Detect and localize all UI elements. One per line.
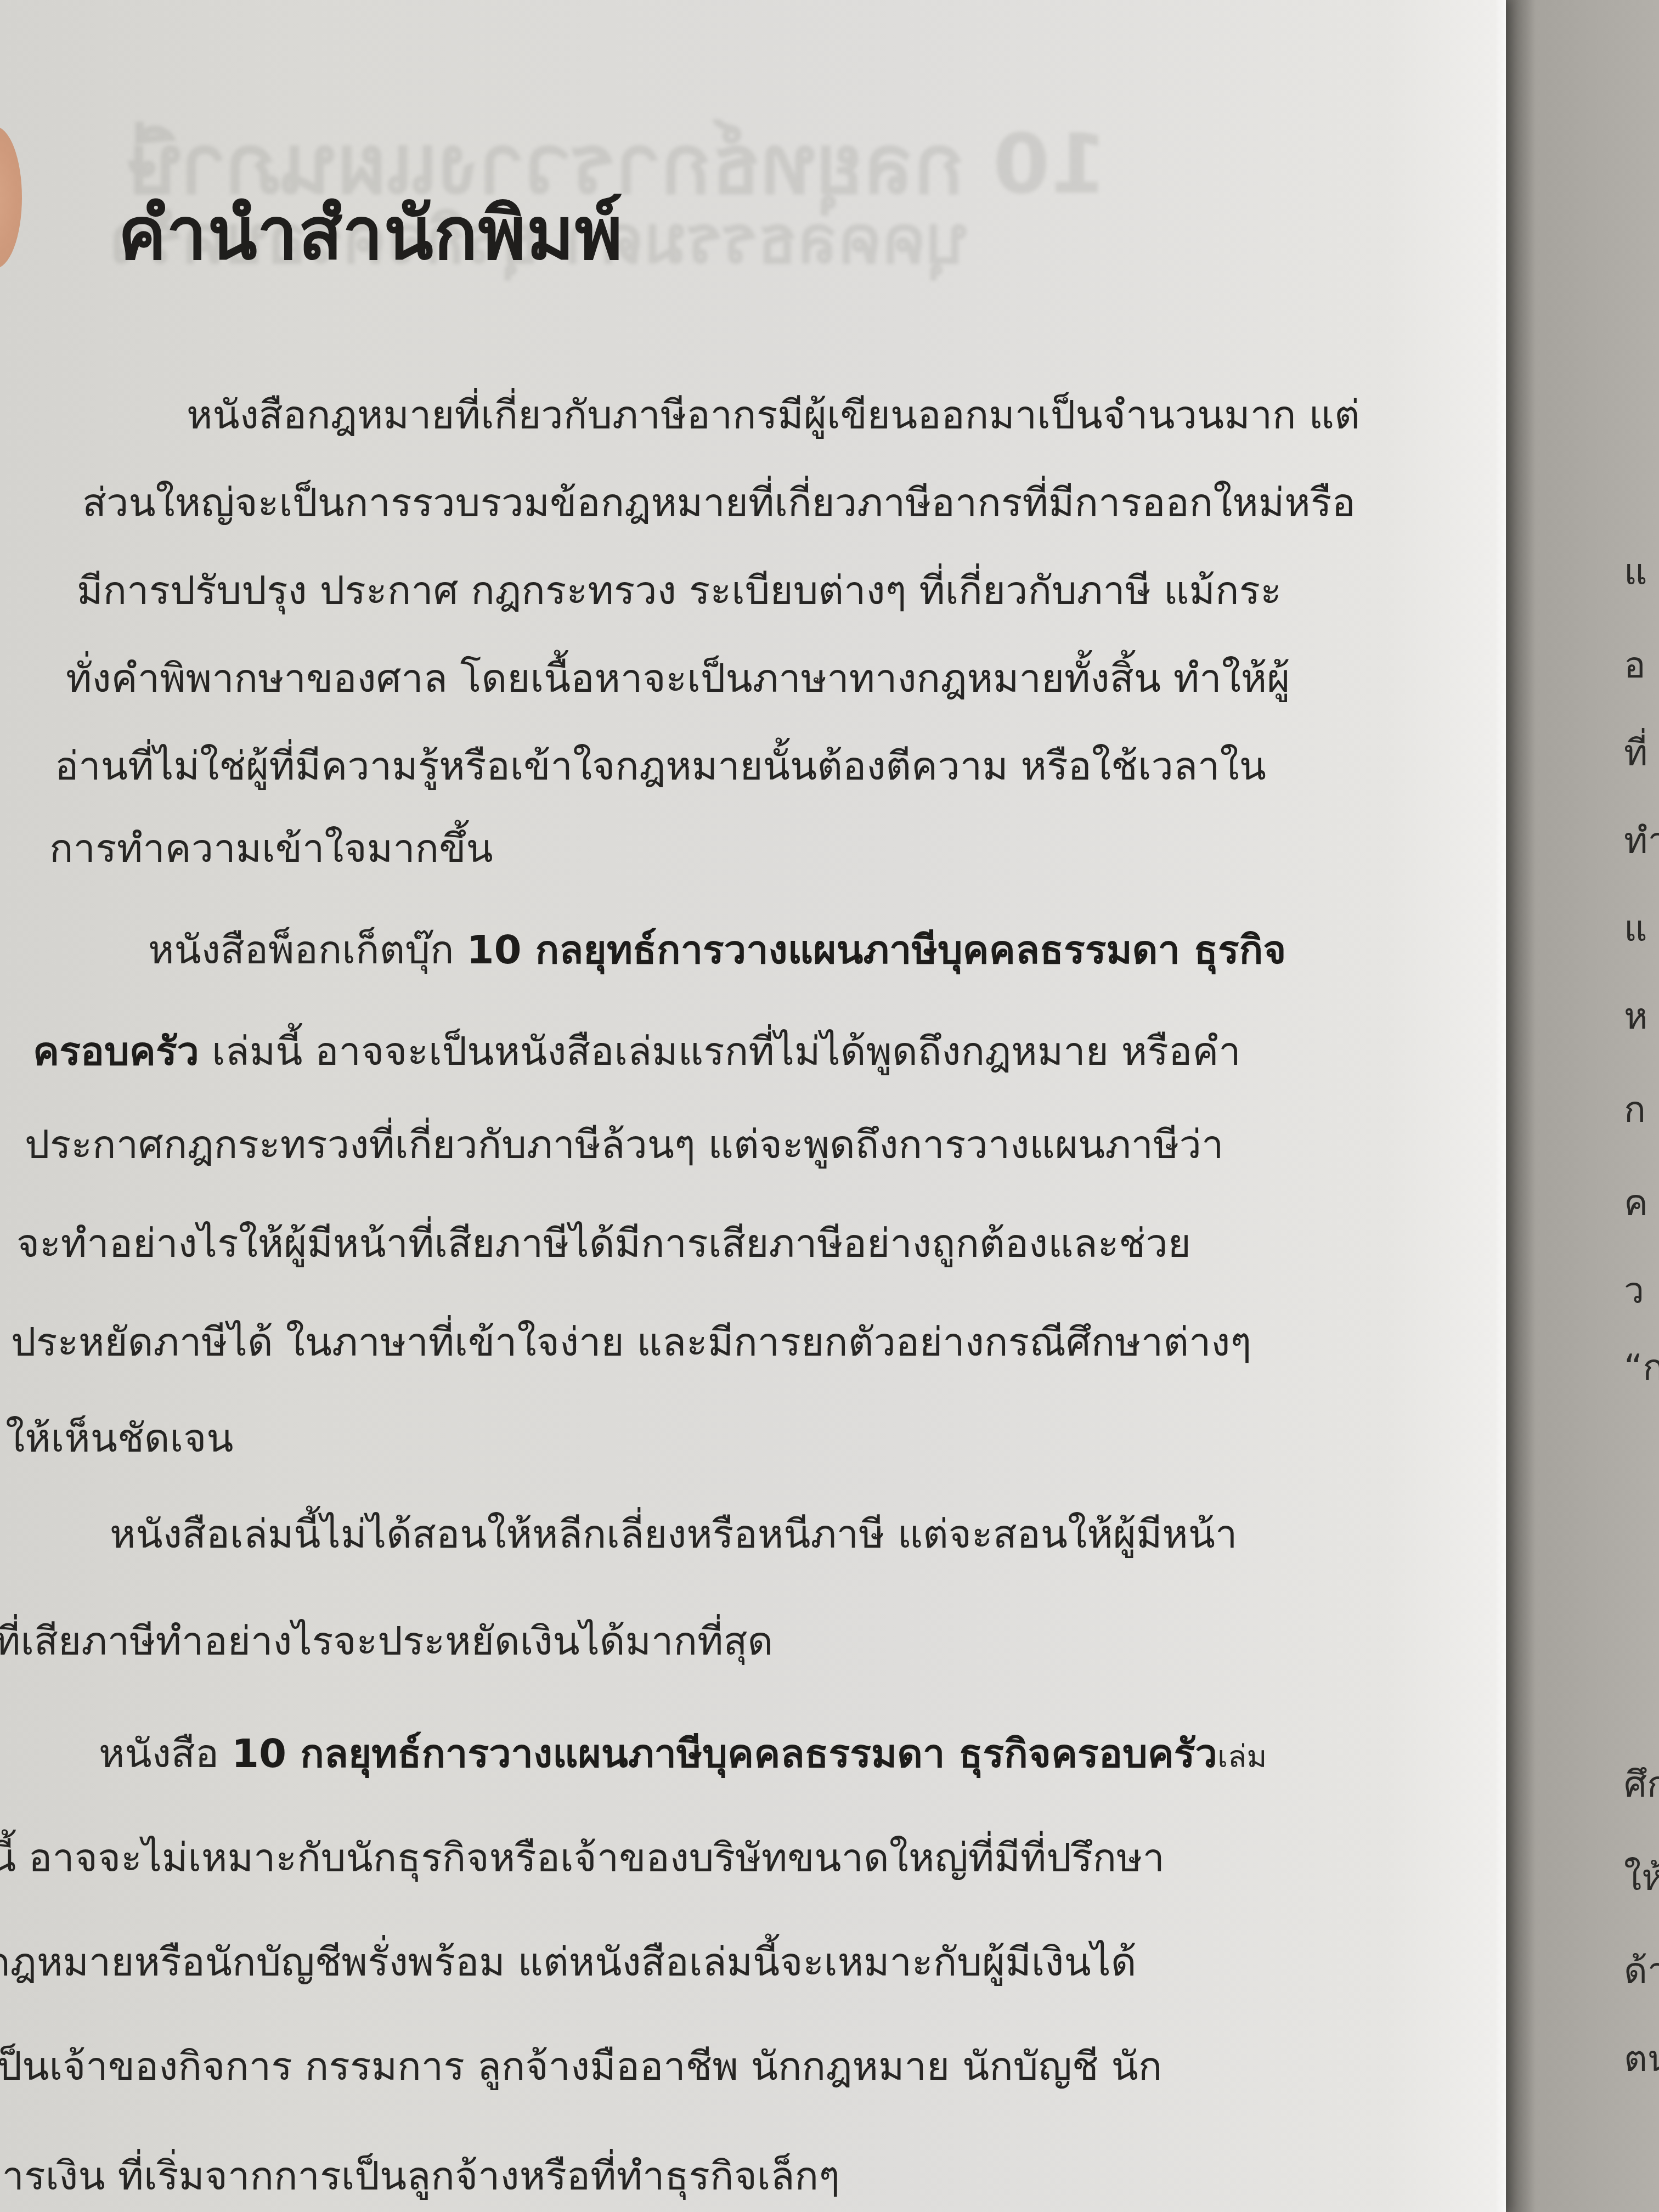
book-page: 10 กลยุทธ์การวางแผนภาษี บุคคลธรรมดา ธุรก…: [0, 0, 1506, 2212]
facing-page-char: ค: [1624, 1185, 1648, 1221]
paragraph-1-line: มีการปรับปรุง ประกาศ กฎกระทรวง ระเบียบต่…: [77, 571, 1282, 610]
paragraph-1-line: อ่านที่ไม่ใช่ผู้ที่มีความรู้หรือเข้าใจกฎ…: [55, 746, 1266, 786]
paragraph-1-line: ทั่งคำพิพากษาของศาล โดยเนื้อหาจะเป็นภาษา…: [66, 658, 1290, 698]
page-title: คำนำสำนักพิมพ์: [118, 176, 623, 291]
facing-page-char: “ก: [1624, 1350, 1659, 1386]
paragraph-2-line: หนังสือพ็อกเก็ตบุ๊ก 10 กลยุทธ์การวางแผนภ…: [148, 930, 1286, 969]
facing-page-char: ทำ: [1624, 823, 1659, 859]
paragraph-2-line: ประกาศกฎกระทรวงที่เกี่ยวกับภาษีล้วนๆ แต่…: [25, 1125, 1223, 1164]
book-title-bold: 10 กลยุทธ์การวางแผนภาษีบุคคลธรรมดา ธุรกิ…: [232, 1730, 1217, 1776]
text-run: หนังสือ: [99, 1730, 232, 1776]
paragraph-4-line: หนังสือ 10 กลยุทธ์การวางแผนภาษีบุคคลธรรม…: [99, 1734, 1267, 1773]
paragraph-4-line: การเงิน ที่เริ่มจากการเป็นลูกจ้างหรือที่…: [0, 2156, 840, 2196]
facing-page-char: ก: [1624, 1092, 1646, 1128]
facing-page-char: ตน: [1624, 2041, 1659, 2077]
paragraph-1-line: หนังสือกฎหมายที่เกี่ยวกับภาษีอากรมีผู้เข…: [187, 395, 1360, 435]
finger: [0, 126, 22, 269]
facing-page-char: ด้า: [1624, 1953, 1659, 1989]
facing-page-char: ว: [1624, 1273, 1644, 1309]
facing-page-char: แ: [1624, 554, 1647, 590]
text-run: เล่มนี้ อาจจะเป็นหนังสือเล่มแรกที่ไม่ได้…: [199, 1028, 1241, 1074]
paragraph-4-line: นี้ อาจจะไม่เหมาะกับนักธุรกิจหรือเจ้าของ…: [0, 1838, 1165, 1877]
page-gutter-shadow: [1503, 0, 1536, 2212]
facing-page-char: ที่: [1624, 735, 1648, 771]
paragraph-2-line: ประหยัดภาษีได้ ในภาษาที่เข้าใจง่าย และมี…: [11, 1322, 1251, 1362]
paragraph-1-line: ส่วนใหญ่จะเป็นการรวบรวมข้อกฎหมายที่เกี่ย…: [82, 483, 1356, 522]
facing-page-char: ศึก: [1624, 1767, 1659, 1803]
facing-page-char: ให้: [1624, 1860, 1659, 1896]
paragraph-2-line: ให้เห็นชัดเจน: [5, 1418, 234, 1458]
facing-page-char: แ: [1624, 911, 1647, 947]
paragraph-2-line: ครอบครัว เล่มนี้ อาจจะเป็นหนังสือเล่มแรก…: [33, 1031, 1241, 1071]
paragraph-2-line: จะทำอย่างไรให้ผู้มีหน้าที่เสียภาษีได้มีก…: [16, 1223, 1191, 1263]
paragraph-4-line: เป็นเจ้าของกิจการ กรรมการ ลูกจ้างมืออาชี…: [0, 2046, 1162, 2086]
paragraph-4-line: กฎหมายหรือนักบัญชีพรั่งพร้อม แต่หนังสือเ…: [0, 1942, 1137, 1982]
text-run: หนังสือพ็อกเก็ตบุ๊ก: [148, 927, 466, 973]
paragraph-3-line: หนังสือเล่มนี้ไม่ได้สอนให้หลีกเลี่ยงหรือ…: [110, 1514, 1237, 1554]
paragraph-1-line: การทำความเข้าใจมากขึ้น: [49, 828, 493, 868]
book-title-bold: 10 กลยุทธ์การวางแผนภาษีบุคคลธรรมดา ธุรกิ…: [466, 927, 1286, 973]
facing-page-char: อ: [1624, 647, 1646, 684]
text-run: เล่ม: [1217, 1739, 1267, 1775]
page-edge-highlight: [1495, 0, 1506, 2212]
book-title-bold: ครอบครัว: [33, 1028, 199, 1074]
paragraph-3-line: ที่เสียภาษีทำอย่างไรจะประหยัดเงินได้มากท…: [0, 1621, 773, 1661]
facing-page-char: ห: [1624, 998, 1648, 1035]
